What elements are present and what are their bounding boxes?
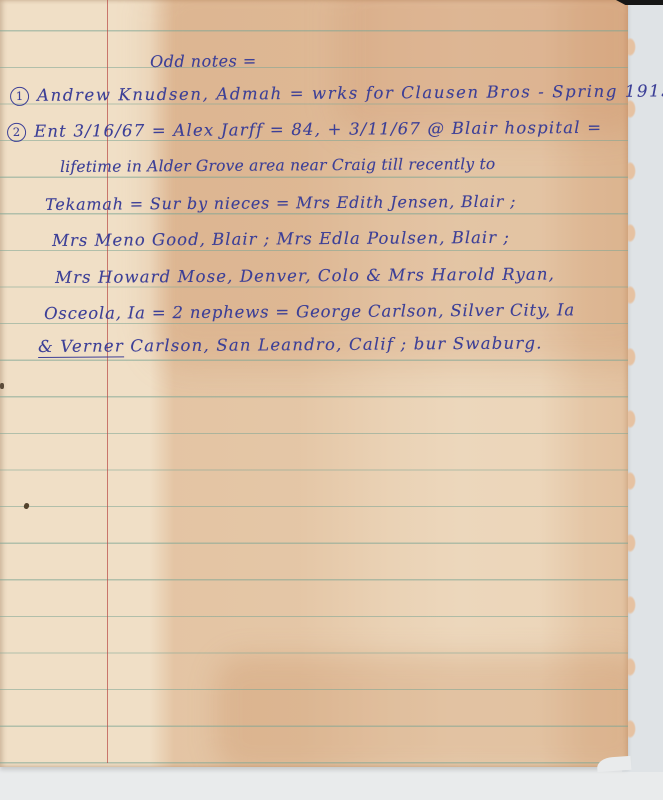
circled-number-1: 1	[10, 87, 29, 106]
note-entry-2-line-4: Mrs Meno Good, Blair ; Mrs Edla Poulsen,…	[52, 228, 510, 250]
ruled-lines	[0, 0, 628, 767]
handwritten-title: Odd notes =	[150, 51, 257, 71]
margin-line	[107, 0, 108, 763]
torn-perforated-edge	[628, 0, 640, 767]
note-entry-2-line-7: & Verner Carlson, San Leandro, Calif ; b…	[38, 333, 543, 356]
note-entry-2-line-2: lifetime in Alder Grove area near Craig …	[60, 155, 495, 176]
note-entry-2-line-1-text: Ent 3/16/67 = Alex Jarff = 84, + 3/11/67…	[34, 118, 602, 141]
underlined-name: & Verner	[38, 336, 124, 358]
paper-speck	[0, 383, 4, 389]
note-entry-2-line-6: Osceola, Ia = 2 nephews = George Carlson…	[44, 300, 575, 323]
note-entry-2-line-7-rest: Carlson, San Leandro, Calif ; bur Swabur…	[124, 333, 543, 355]
note-entry-2-line-3: Tekamah = Sur by nieces = Mrs Edith Jens…	[45, 192, 516, 214]
note-entry-2-line-5: Mrs Howard Mose, Denver, Colo & Mrs Haro…	[55, 265, 555, 287]
note-entry-1-text: Andrew Knudsen, Admah = wrks for Clausen…	[37, 81, 663, 104]
scanned-page: Odd notes = 1Andrew Knudsen, Admah = wrk…	[0, 0, 663, 800]
notebook-paper: Odd notes = 1Andrew Knudsen, Admah = wrk…	[0, 0, 628, 767]
circled-number-2: 2	[7, 123, 26, 142]
note-entry-2-line-1: 2Ent 3/16/67 = Alex Jarff = 84, + 3/11/6…	[7, 118, 602, 142]
